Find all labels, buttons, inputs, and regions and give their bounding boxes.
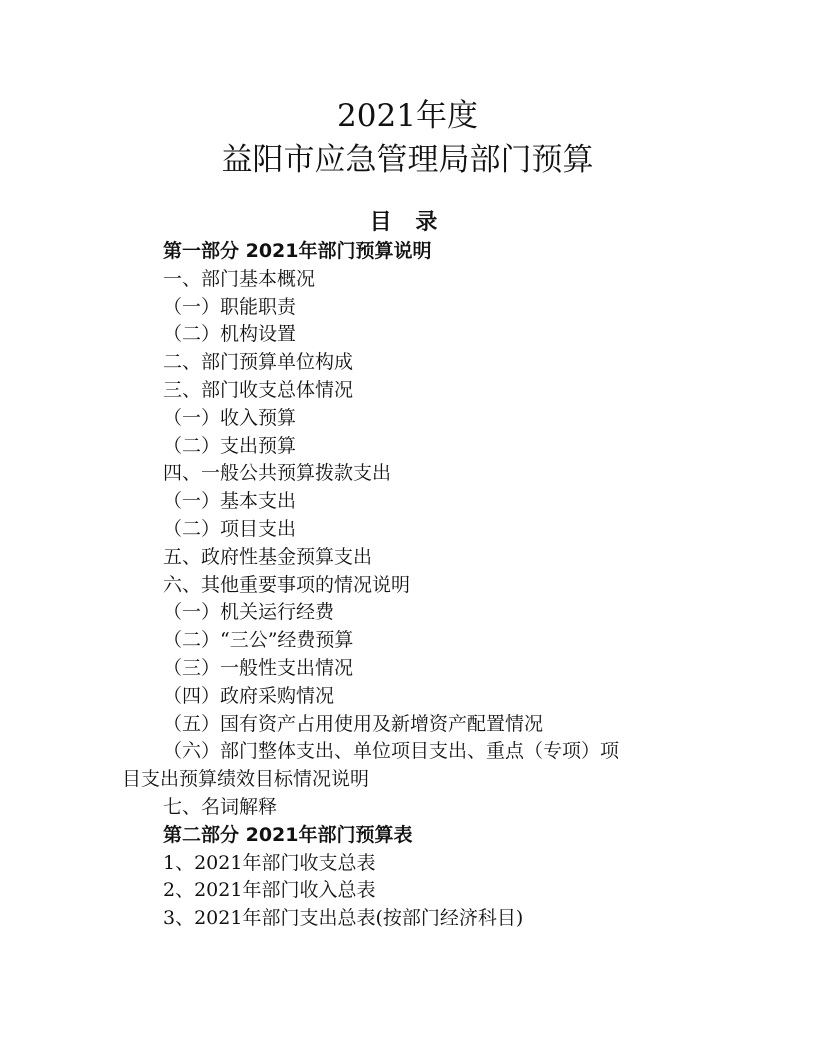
toc-item: （一）基本支出 xyxy=(163,488,703,516)
toc-item: 3、2021年部门支出总表(按部门经济科目) xyxy=(163,905,703,933)
document-title-year: 2021年度 xyxy=(0,96,815,136)
toc-item-line1: （六）部门整体支出、单位项目支出、重点（专项）项 xyxy=(122,738,703,766)
toc-item-wrapped: （六）部门整体支出、单位项目支出、重点（专项）项 目支出预算绩效目标情况说明 xyxy=(122,738,703,794)
toc-item: 五、政府性基金预算支出 xyxy=(163,544,703,572)
toc-item: 二、部门预算单位构成 xyxy=(163,349,703,377)
toc-item: 三、部门收支总体情况 xyxy=(163,377,703,405)
table-of-contents: 第一部分 2021年部门预算说明 一、部门基本概况 （一）职能职责 （二）机构设… xyxy=(163,238,703,933)
toc-item: 六、其他重要事项的情况说明 xyxy=(163,572,703,600)
toc-part-two: 第二部分 2021年部门预算表 xyxy=(163,822,703,850)
toc-part-one: 第一部分 2021年部门预算说明 xyxy=(163,238,703,266)
toc-heading: 目 录 xyxy=(0,205,815,236)
toc-item: 1、2021年部门收支总表 xyxy=(163,850,703,878)
toc-item: （二）项目支出 xyxy=(163,516,703,544)
toc-item: （四）政府采购情况 xyxy=(163,683,703,711)
toc-item: 七、名词解释 xyxy=(163,794,703,822)
toc-item: （五）国有资产占用使用及新增资产配置情况 xyxy=(163,711,703,739)
toc-item: （三）一般性支出情况 xyxy=(163,655,703,683)
toc-item: （一）机关运行经费 xyxy=(163,599,703,627)
toc-item: （一）职能职责 xyxy=(163,294,703,322)
toc-item: （二）“三公”经费预算 xyxy=(163,627,703,655)
toc-item: 2、2021年部门收入总表 xyxy=(163,877,703,905)
toc-item: 四、一般公共预算拨款支出 xyxy=(163,460,703,488)
toc-item: （二）机构设置 xyxy=(163,321,703,349)
document-title: 益阳市应急管理局部门预算 xyxy=(0,140,815,180)
toc-item: （二）支出预算 xyxy=(163,433,703,461)
toc-item: （一）收入预算 xyxy=(163,405,703,433)
toc-item: 一、部门基本概况 xyxy=(163,266,703,294)
toc-item-line2: 目支出预算绩效目标情况说明 xyxy=(122,768,369,790)
